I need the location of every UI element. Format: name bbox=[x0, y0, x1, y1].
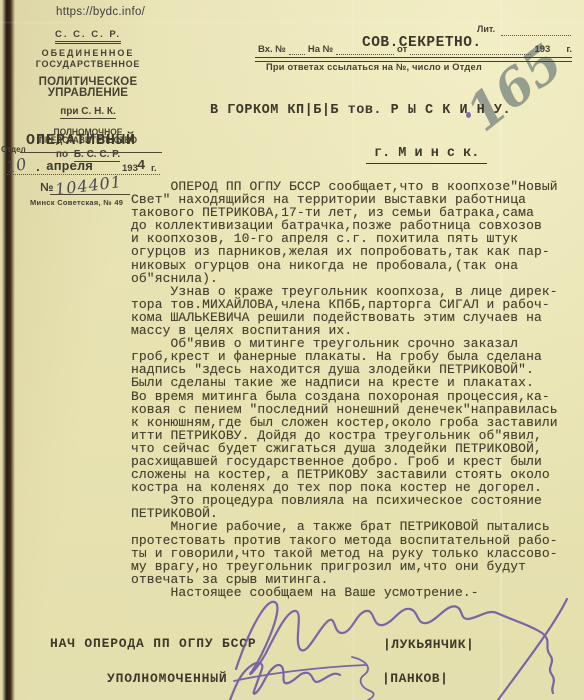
letterhead-org-line1: ОБЕДИНЕННОЕ bbox=[0, 49, 176, 58]
letterhead-org-line4: при С. Н. К. bbox=[0, 107, 176, 119]
body-text: ОПЕРОД ПП ОГПУ БССР сообщает,что в коопх… bbox=[131, 180, 571, 599]
letterhead-address: Минск Советская, № 49 bbox=[30, 199, 123, 207]
number-rule bbox=[50, 194, 130, 195]
incoming-leader bbox=[289, 45, 305, 55]
ink-dot bbox=[466, 112, 471, 118]
incoming-number-row: Вх. № На № от 193 г. bbox=[258, 44, 572, 55]
paragraph-3: Об"явив о митинге треугольник срочно зак… bbox=[131, 337, 571, 494]
date-year-printed: 193 bbox=[122, 164, 138, 174]
paragraph-4: Это процедура повлияла на психическое со… bbox=[131, 494, 571, 520]
letterhead-org-line3: ПОЛИТИЧЕСКОЕ УПРАВЛЕНИЕ bbox=[0, 77, 176, 100]
letterhead-org-line4-text: при С. Н. К. bbox=[60, 107, 116, 119]
department-value: ОПЕРАТИВНЫЙ bbox=[26, 132, 136, 149]
department-rule bbox=[20, 152, 162, 153]
number-label: № bbox=[40, 181, 53, 193]
paragraph-2: Узнав о краже треугольник коопхоза, в ли… bbox=[131, 285, 571, 337]
header-note: При ответах ссылаться на №, число и Отде… bbox=[266, 63, 482, 72]
paper-crease-horizontal-top bbox=[0, 22, 584, 23]
letterhead-org-line2: ГОСУДАРСТВЕННОЕ bbox=[0, 60, 176, 69]
lit-rule bbox=[501, 24, 571, 36]
form-year-suffix: г. bbox=[566, 44, 572, 55]
lit-label: Лит. bbox=[477, 25, 495, 34]
incoming-label: Вх. № bbox=[258, 44, 286, 55]
na-label: На № bbox=[308, 44, 333, 55]
form-year-printed: 193 bbox=[534, 44, 550, 55]
signature-pankov-curl bbox=[352, 657, 374, 700]
recipient-city: г. М и н с к. bbox=[366, 146, 487, 164]
ot-leader bbox=[410, 45, 531, 55]
recipient-city-text: г. М и н с к. bbox=[366, 146, 487, 164]
year-leader bbox=[553, 46, 563, 55]
date-year-handwritten: 4 bbox=[137, 158, 145, 174]
na-leader bbox=[336, 45, 394, 55]
ot-label: от bbox=[397, 44, 407, 55]
watermark-url: https://bydc.info/ bbox=[56, 6, 145, 18]
letterhead-country: С. С. С. Р. bbox=[0, 30, 176, 44]
date-suffix: г. bbox=[151, 164, 157, 174]
signature-lukyanchik-flourish bbox=[498, 599, 567, 700]
handwritten-signatures bbox=[200, 565, 584, 700]
letterhead-country-text: С. С. С. Р. bbox=[55, 30, 121, 44]
document-scan: https://bydc.info/ 165 С. С. С. Р. ОБЕДИ… bbox=[0, 0, 584, 700]
paragraph-1: ОПЕРОД ПП ОГПУ БССР сообщает,что в коопх… bbox=[131, 180, 571, 285]
